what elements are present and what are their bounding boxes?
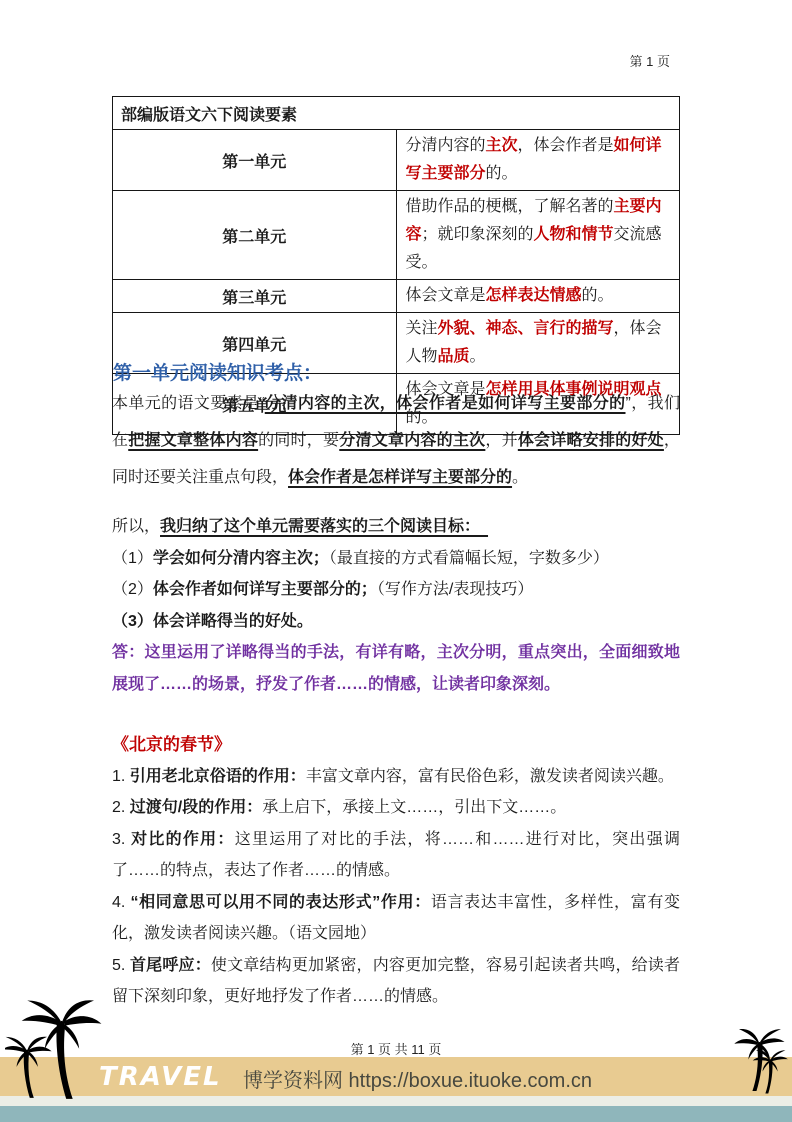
unit-label: 第三单元 <box>113 280 397 313</box>
unit-requirement: 体会文章是怎样表达情感的。 <box>396 280 680 313</box>
answer-text: 答：这里运用了详略得当的手法，有详有略，主次分明，重点突出，全面细致地展现了……… <box>112 637 680 700</box>
goal-item: （3）体会详略得当的好处。 <box>112 606 680 638</box>
lesson-item: 5. 首尾呼应：使文章结构更加紧密，内容更加完整，容易引起读者共鸣，给读者留下深… <box>112 950 680 1013</box>
lesson-item: 2. 过渡句/段的作用：承上启下，承接上文……，引出下文……。 <box>112 792 680 824</box>
lesson-item: 1. 引用老北京俗语的作用：丰富文章内容，富有民俗色彩，激发读者阅读兴趣。 <box>112 761 680 793</box>
unit-requirement: 借助作品的梗概，了解名著的主要内容；就印象深刻的人物和情节交流感受。 <box>396 191 680 280</box>
table-title: 部编版语文六下阅读要素 <box>113 97 680 130</box>
unit-label: 第一单元 <box>113 130 397 191</box>
unit-label: 第二单元 <box>113 191 397 280</box>
reading-goals-block: 所以，我归纳了这个单元需要落实的三个阅读目标： （1）学会如何分清内容主次；（最… <box>112 511 680 700</box>
lesson-title: 《北京的春节》 <box>112 729 680 761</box>
palm-trees-right-icon <box>728 1028 792 1100</box>
section-intro-paragraph: 本单元的语文要素是“分清内容的主次，体会作者是如何详写主要部分的”，我们在把握文… <box>112 385 680 496</box>
section-heading: 第一单元阅读知识考点： <box>113 358 322 385</box>
lesson-item: 3. 对比的作用：这里运用了对比的手法，将……和……进行对比，突出强调了……的特… <box>112 824 680 887</box>
travel-logo: TRAVEL <box>99 1062 222 1092</box>
palm-trees-left-icon <box>5 998 107 1106</box>
goal-item: （1）学会如何分清内容主次；（最直接的方式看篇幅长短，字数多少） <box>112 543 680 575</box>
footer-gap-band <box>0 1096 792 1106</box>
unit-requirement: 关注外貌、神态、言行的描写，体会人物品质。 <box>396 313 680 374</box>
footer-page-number: 第 1 页 共 11 页 <box>0 1039 792 1058</box>
lesson-item: 4. “相同意思可以用不同的表达形式”作用：语言表达丰富性，多样性，富有变化，激… <box>112 887 680 950</box>
top-page-number: 第 1 页 <box>630 51 670 70</box>
site-url: 博学资料网 https://boxue.ituoke.com.cn <box>243 1064 592 1093</box>
goal-item: （2）体会作者如何详写主要部分的；（写作方法/表现技巧） <box>112 574 680 606</box>
goals-lead: 所以，我归纳了这个单元需要落实的三个阅读目标： <box>112 511 680 543</box>
lesson-notes-block: 《北京的春节》 1. 引用老北京俗语的作用：丰富文章内容，富有民俗色彩，激发读者… <box>112 729 680 1013</box>
unit-requirement: 分清内容的主次，体会作者是如何详写主要部分的。 <box>396 130 680 191</box>
footer-teal-band <box>0 1106 792 1122</box>
document-page: { "page": { "top_page_label": "第 1 页", "… <box>0 0 792 1122</box>
